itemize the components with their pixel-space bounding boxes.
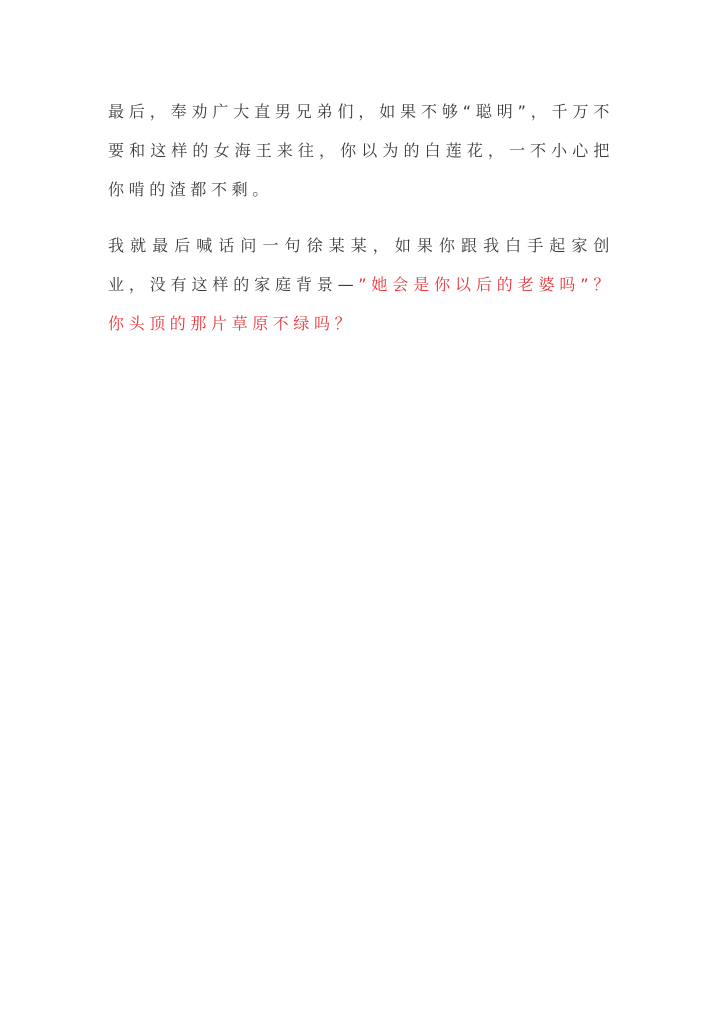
paragraph-question: 我就最后喊话问一句徐某某，如果你跟我白手起家创业，没有这样的家庭背景—”她会是你…: [108, 226, 614, 343]
paragraph-advice: 最后，奉劝广大直男兄弟们，如果不够“聪明”，千万不要和这样的女海王来往，你以为的…: [108, 92, 614, 209]
document-page: 最后，奉劝广大直男兄弟们，如果不够“聪明”，千万不要和这样的女海王来往，你以为的…: [0, 0, 724, 1024]
paragraph-advice-text: 最后，奉劝广大直男兄弟们，如果不够“聪明”，千万不要和这样的女海王来往，你以为的…: [108, 102, 614, 199]
article-body: 最后，奉劝广大直男兄弟们，如果不够“聪明”，千万不要和这样的女海王来往，你以为的…: [108, 92, 614, 343]
